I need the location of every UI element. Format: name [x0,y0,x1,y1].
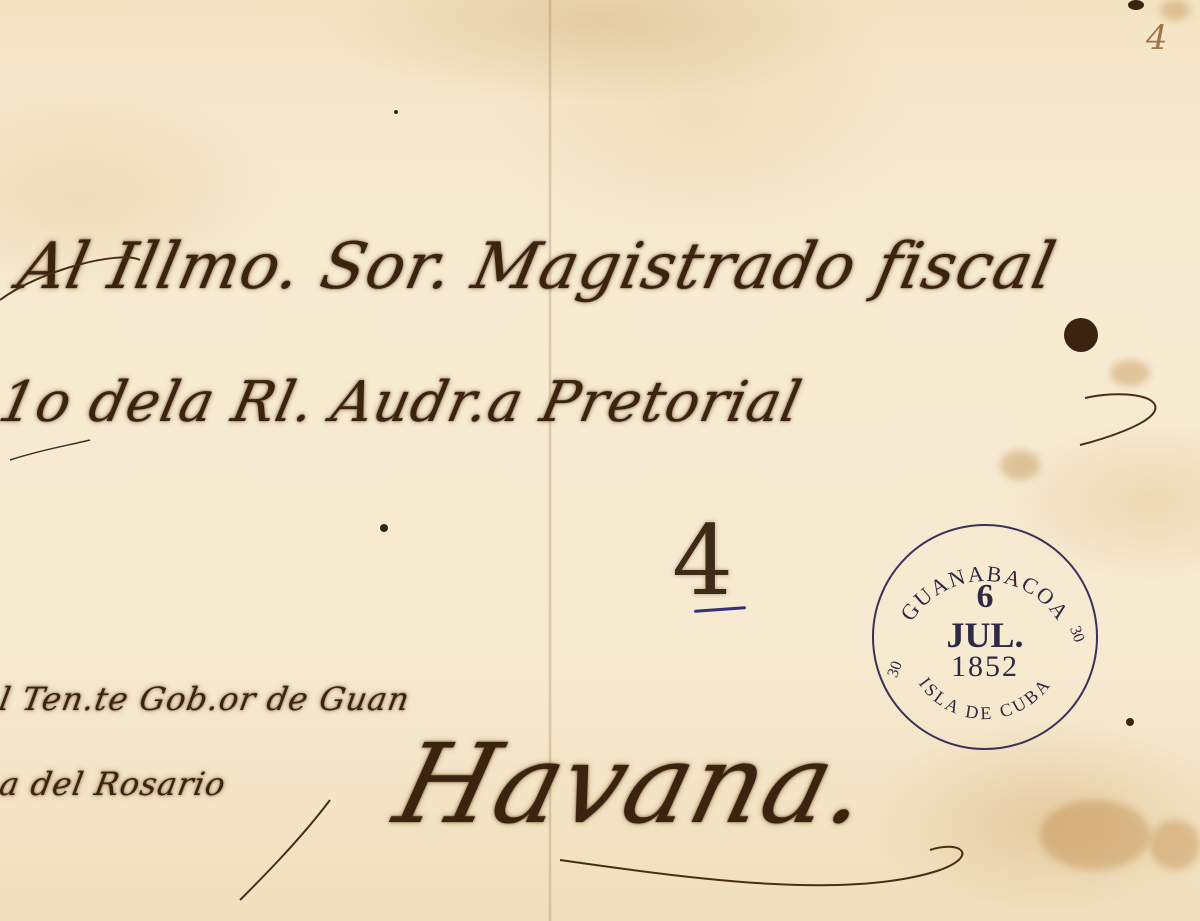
rate-mark: 4 [672,505,733,617]
postmark-year: 1852 [874,650,1096,684]
calligraphic-flourishes [0,0,1200,921]
postmark-circular-datestamp: GUANABACOA ISLA DE CUBA 30 30 6 JUL. 185… [872,524,1098,750]
postmark-day: 6 [874,578,1096,616]
